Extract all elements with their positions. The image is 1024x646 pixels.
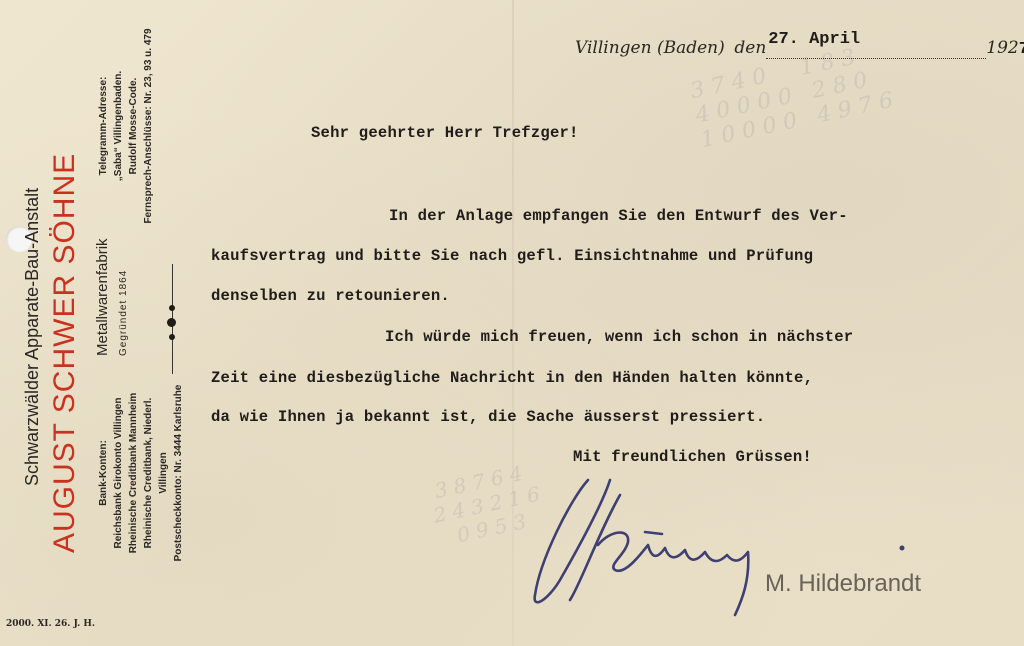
telegram-line: Fernsprech-Anschlüsse: Nr. 23, 93 u. 479: [141, 11, 156, 241]
letterhead: Schwarzwälder Apparate-Bau-Anstalt AUGUS…: [0, 0, 200, 646]
letterhead-subtitle: Schwarzwälder Apparate-Bau-Anstalt: [22, 188, 43, 486]
year-suffix: 7.: [1019, 40, 1024, 59]
divider-dot: [169, 305, 175, 311]
date-value: 27. April: [768, 30, 860, 49]
printer-code: 2000. XI. 26. J. H.: [6, 619, 95, 629]
product-line: Metallwarenfabrik: [94, 238, 111, 356]
divider-dot: [169, 334, 175, 340]
letter-line: kaufsvertrag und bitte Sie nach gefl. Ei…: [211, 247, 813, 265]
place: Villingen (Baden): [575, 38, 725, 58]
dateline: Villingen (Baden) den27. April 1927.: [575, 38, 1024, 59]
divider-dot-large: [167, 318, 176, 327]
telegram-info: Telegramm-Adresse: „Saba“ Villingenbaden…: [96, 11, 156, 241]
salutation: Sehr geehrter Herr Trefzger!: [311, 124, 579, 142]
year-prefix: 192: [986, 38, 1018, 58]
bank-accounts: Bank-Konten: Reichsbank Girokonto Villin…: [96, 378, 186, 568]
telegram-heading: Telegramm-Adresse:: [96, 11, 111, 241]
bank-line: Reichsbank Girokonto Villingen: [111, 378, 126, 568]
den-label: den: [734, 38, 766, 58]
company-name: AUGUST SCHWER SÖHNE: [48, 153, 82, 553]
letter-line: Zeit eine diesbezügliche Nachricht in de…: [211, 369, 813, 387]
letter-line: da wie Ihnen ja bekannt ist, die Sache ä…: [211, 408, 765, 426]
telegram-line: „Saba“ Villingenbaden.: [111, 11, 126, 241]
letter-line: Ich würde mich freuen, wenn ich schon in…: [385, 328, 853, 346]
letter-line: denselben zu retounieren.: [211, 287, 450, 305]
founded-year: Gegründet 1864: [118, 270, 129, 356]
bank-line: Rheinische Creditbank Mannheim: [126, 378, 141, 568]
date-field: 27. April: [766, 40, 986, 59]
closing: Mit freundlichen Grüssen!: [573, 448, 812, 466]
bank-line: Rheinische Creditbank, Niederl. Villinge…: [141, 378, 171, 568]
watermark: M. Hildebrandt: [765, 570, 921, 598]
telegram-line: Rudolf Mosse-Code.: [126, 11, 141, 241]
bank-line: Postscheckkonto: Nr. 3444 Karlsruhe: [171, 378, 186, 568]
letter-line: In der Anlage empfangen Sie den Entwurf …: [389, 207, 848, 225]
bank-heading: Bank-Konten:: [96, 378, 111, 568]
paper-fold-crease: [512, 0, 514, 646]
